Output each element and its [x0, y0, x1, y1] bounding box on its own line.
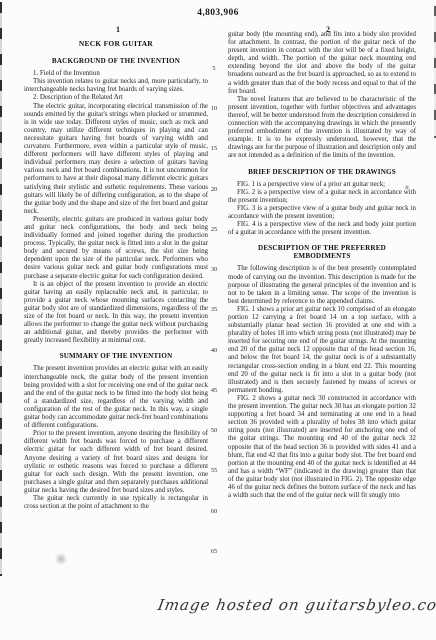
paragraph-summary-3: The guitar neck currently in use typical…: [24, 495, 208, 511]
column-1-page-number: 1: [116, 25, 120, 34]
paragraph-description-1: The following description is of the best…: [228, 265, 416, 305]
paragraph-related-art-3: It is an object of the present invention…: [24, 281, 208, 346]
heading-summary: SUMMARY OF THE INVENTION: [24, 352, 208, 360]
paragraph-continuation: guitar body (the mounting end), and fits…: [228, 31, 416, 96]
scan-artifact-smudge: [55, 552, 67, 566]
paragraph-description-3: FIG. 2 shows a guitar neck 30 constructe…: [228, 395, 416, 500]
figure-description-2: FIG. 2 is a perspective view of a guitar…: [228, 189, 416, 205]
figure-description-1: FIG. 1 is a perspective view of a prior …: [228, 181, 416, 189]
paragraph-novel-features: The novel features that are believed to …: [228, 96, 416, 161]
paragraph-description-2: FIG. 1 shows a prior art guitar neck 10 …: [228, 306, 416, 395]
subheading-related-art: 2. Description of the Related Art: [24, 94, 208, 102]
figure-description-3: FIG. 3 is a perspective view of a guitar…: [228, 205, 416, 221]
column-1: NECK FOR GUITAR BACKGROUND OF THE INVENT…: [24, 40, 208, 511]
heading-background: BACKGROUND OF THE INVENTION: [24, 57, 208, 65]
column-2: guitar body (the mounting end), and fits…: [228, 31, 416, 500]
paragraph-related-art-2: Presently, electric guitars are produced…: [24, 216, 208, 281]
line-number-65: 65: [203, 548, 225, 555]
heading-brief-description: BRIEF DESCRIPTION OF THE DRAWINGS: [228, 168, 416, 176]
scan-edge-artifact-left: [0, 2, 2, 576]
figure-description-4: FIG. 4 is a perspective view of the neck…: [228, 221, 416, 237]
paragraph-field-of-invention: This invention relates to guitar necks a…: [24, 78, 208, 94]
paragraph-summary-2: Prior to the present invention, anyone d…: [24, 430, 208, 495]
paragraph-summary-1: The present invention provides an electr…: [24, 365, 208, 430]
paragraph-related-art-1: The electric guitar, incorporating elect…: [24, 103, 208, 216]
subheading-field-of-invention: 1. Field of the Invention: [24, 70, 208, 78]
heading-preferred-embodiments: DESCRIPTION OF THE PREFERRED EMBODIMENTS: [247, 244, 397, 260]
patent-page: 4,803,906 1 2 5 10 15 20 25 30 35 40 45 …: [0, 0, 436, 640]
watermark-text: Image hosted on guitarsbyleo.com: [156, 596, 436, 614]
patent-number: 4,803,906: [0, 8, 436, 18]
invention-title: NECK FOR GUITAR: [24, 40, 208, 48]
